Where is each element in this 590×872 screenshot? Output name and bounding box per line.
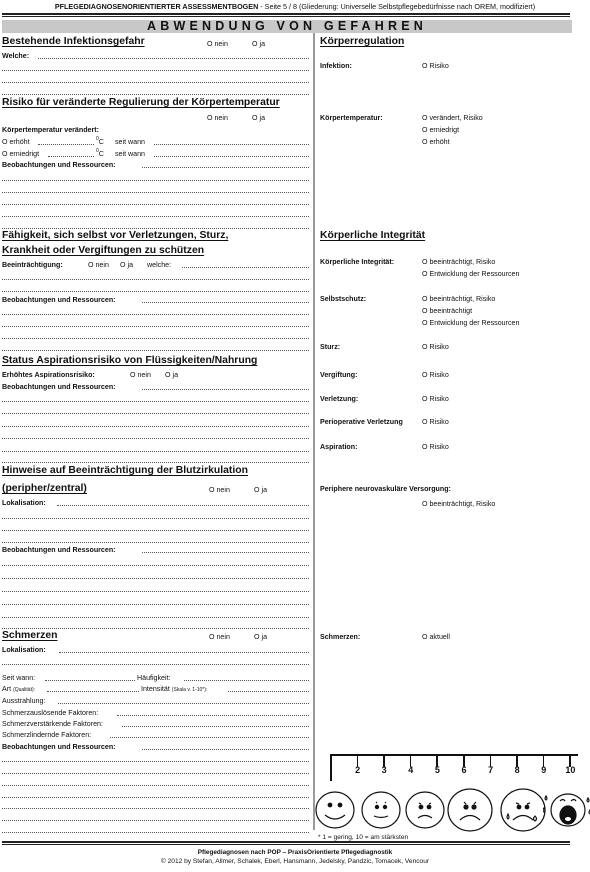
footer-line-1: Pflegediagnosen nach POP – PraxisOrienti… [0,849,590,856]
input-line[interactable] [2,204,309,205]
input-line[interactable] [2,591,309,592]
input-line[interactable] [2,82,309,83]
document-title: PFLEGEDIAGNOSENORIENTIERTER ASSESSMENTBO… [55,2,258,11]
option-risiko[interactable]: O Risiko [422,62,449,70]
option-erhoeht[interactable]: O erhöht [422,138,450,146]
label-impairment: Beeinträchtigung: [2,261,63,269]
input-line[interactable] [38,144,94,145]
input-line[interactable] [48,156,94,157]
input-line[interactable] [2,530,309,531]
option-beeintraechtigt-risiko[interactable]: O beeinträchtigt, Risiko [422,295,495,303]
label-intensity: Intensität (Skala v. 1-10*): [141,685,207,693]
input-line[interactable] [2,832,309,833]
option-entwicklung-ressourcen[interactable]: O Entwicklung der Ressourcen [422,319,519,327]
input-line[interactable] [2,216,309,217]
input-line[interactable] [2,820,309,821]
label-selbstschutz: Selbstschutz: [320,295,366,303]
option-beeintraechtigt[interactable]: O beeinträchtigt [422,307,472,315]
label-observations: Beobachtungen und Ressourcen: [2,296,116,304]
label-intensifying: Schmerzverstärkende Faktoren: [2,720,103,728]
section-title-integritaet: Körperliche Integrität [320,230,425,241]
option-erhoeht[interactable]: O erhöht [2,138,30,146]
section-title-aspiration: Status Aspirationsrisiko von Flüssigkeit… [2,355,257,366]
input-line[interactable] [228,691,309,692]
label-since: seit wann [115,138,145,146]
label-localisation: Lokalisation: [2,499,46,507]
input-line[interactable] [142,302,309,303]
input-line[interactable] [2,438,309,439]
input-line[interactable] [47,691,139,692]
label-verletzung: Verletzung: [320,395,358,403]
option-entwicklung-ressourcen[interactable]: O Entwicklung der Ressourcen [422,270,519,278]
option-ja[interactable]: O ja [120,261,133,269]
label-observations: Beobachtungen und Ressourcen: [2,383,116,391]
label-temp-changed: Körpertemperatur verändert: [2,126,99,134]
input-line[interactable] [2,542,309,543]
input-line[interactable] [2,578,309,579]
input-line[interactable] [2,338,309,339]
option-ja[interactable]: O ja [252,40,265,48]
section-title-verletzung-1: Fähigkeit, sich selbst vor Verletzungen,… [2,230,228,241]
input-line[interactable] [58,703,309,704]
label-frequency: Häufigkeit: [137,674,171,682]
option-nein[interactable]: O nein [207,40,228,48]
input-line[interactable] [2,664,309,665]
option-erniedrigt[interactable]: O erniedrigt [422,126,459,134]
input-line[interactable] [2,797,309,798]
option-risiko[interactable]: O Risiko [422,371,449,379]
label-triggering: Schmerzauslösende Faktoren: [2,709,98,717]
input-line[interactable] [2,350,309,351]
option-nein[interactable]: O nein [88,261,109,269]
pain-scale-label: 8 [515,765,520,775]
pain-scale-bar [330,754,578,756]
section-title-blut-1: Hinweise auf Beeinträchtigung der Blutzi… [2,465,248,476]
option-aktuell[interactable]: O aktuell [422,633,450,641]
input-line[interactable] [2,401,309,402]
label-observations: Beobachtungen und Ressourcen: [2,546,116,554]
label-perioperative-verletzung: Perioperative Verletzung [320,418,403,426]
banner-title: ABWENDUNG VON GEFAHREN [2,19,572,33]
document-subtitle: Seite 5 / 8 (Gliederung: Universelle Sel… [265,2,535,11]
option-ja[interactable]: O ja [254,486,267,494]
footer-rule [2,841,570,845]
option-beeintraechtigt-risiko[interactable]: O beeinträchtigt, Risiko [422,500,495,508]
input-line[interactable] [2,628,309,629]
option-risiko[interactable]: O Risiko [422,343,449,351]
pain-face-screaming-icon [543,790,590,830]
input-line[interactable] [2,314,309,315]
input-line[interactable] [2,785,309,786]
option-risiko[interactable]: O Risiko [422,395,449,403]
input-line[interactable] [117,715,309,716]
input-line[interactable] [2,604,309,605]
option-nein[interactable]: O nein [209,633,230,641]
option-ja[interactable]: O ja [254,633,267,641]
input-line[interactable] [184,680,309,681]
label-since: seit wann [115,150,145,158]
label-observations: Beobachtungen und Ressourcen: [2,743,116,751]
pain-face-frown-icon [440,785,500,835]
section-title-temperatur: Risiko für veränderte Regulierung der Kö… [2,97,280,108]
option-erniedrigt[interactable]: O erniedrigt [2,150,39,158]
section-title-koerperregulation: Körperregulation [320,36,404,47]
input-line[interactable] [2,761,309,762]
input-line[interactable] [182,267,309,268]
input-line[interactable] [154,144,309,145]
label-koerpertemperatur: Körpertemperatur: [320,114,383,122]
input-line[interactable] [45,680,135,681]
input-line[interactable] [38,58,309,59]
label-radiation: Ausstrahlung: [2,697,45,705]
input-line[interactable] [2,291,309,292]
input-line[interactable] [2,228,309,229]
label-since: Seit wann: [2,674,35,682]
label-relieving: Schmerzlindernde Faktoren: [2,731,91,739]
input-line[interactable] [2,192,309,193]
input-line[interactable] [2,70,309,71]
footer-line-2: © 2012 by Stefan, Allmer, Schalek, Eberl… [0,858,590,865]
input-line[interactable] [2,426,309,427]
option-veraendert-risiko[interactable]: O verändert, Risiko [422,114,483,122]
input-line[interactable] [110,737,309,738]
pain-scale-label: 5 [435,765,440,775]
input-line[interactable] [154,156,309,157]
input-line[interactable] [2,413,309,414]
input-line[interactable] [2,565,309,566]
section-title-schmerzen: Schmerzen [2,630,57,641]
option-risiko[interactable]: O Risiko [422,443,449,451]
header-rule [2,13,570,17]
input-line[interactable] [142,389,309,390]
pain-scale-label: 10 [565,765,575,775]
label-localisation: Lokalisation: [2,646,46,654]
input-line[interactable] [59,652,309,653]
input-line[interactable] [142,167,309,168]
label-observations: Beobachtungen und Ressourcen: [2,161,116,169]
pain-scale-label: 7 [488,765,493,775]
option-ja[interactable]: O ja [165,371,178,379]
option-risiko[interactable]: O Risiko [422,418,449,426]
pain-scale-label: 3 [382,765,387,775]
input-line[interactable] [2,279,309,280]
option-nein[interactable]: O nein [130,371,151,379]
pain-scale-tick [330,754,332,781]
option-nein[interactable]: O nein [207,114,228,122]
unit-celsius: 0C [96,136,104,146]
label-schmerzen: Schmerzen: [320,633,360,641]
input-line[interactable] [2,808,309,809]
label-vergiftung: Vergiftung: [320,371,357,379]
pain-scale: 2345678910 * 1 = gering, 10 = am stärkst… [318,750,580,842]
input-line[interactable] [2,518,309,519]
input-line[interactable] [2,773,309,774]
input-line[interactable] [57,505,309,506]
label-welche: Welche: [2,52,29,60]
input-line[interactable] [2,451,309,452]
input-line[interactable] [122,726,309,727]
input-line[interactable] [2,462,309,463]
option-nein[interactable]: O nein [209,486,230,494]
input-line[interactable] [142,749,309,750]
column-divider [313,33,315,830]
label-koerperliche-integritaet: Körperliche Integrität: [320,258,394,266]
label-aspiration: Aspiration: [320,443,357,451]
label-periphere-versorgung: Periphere neurovaskuläre Versorgung: [320,485,451,493]
label-infektion: Infektion: [320,62,352,70]
pain-scale-label: 6 [461,765,466,775]
input-line[interactable] [2,94,309,95]
input-line[interactable] [2,617,309,618]
label-which: welche: [147,261,171,269]
label-aspiration-risk: Erhöhtes Aspirationsrisiko: [2,371,95,379]
pain-scale-label: 4 [408,765,413,775]
document-header: PFLEGEDIAGNOSENORIENTIERTER ASSESSMENTBO… [0,2,590,11]
pain-scale-footnote: * 1 = gering, 10 = am stärksten [318,834,408,841]
option-beeintraechtigt-risiko[interactable]: O beeinträchtigt, Risiko [422,258,495,266]
label-sturz: Sturz: [320,343,340,351]
option-ja[interactable]: O ja [252,114,265,122]
input-line[interactable] [2,326,309,327]
pain-scale-label: 9 [541,765,546,775]
unit-celsius: 0C [96,148,104,158]
section-title-blut-2: (peripher/zentral) [2,483,87,494]
label-type: Art (Qualität): [2,685,35,693]
input-line[interactable] [2,180,309,181]
section-title-infektion: Bestehende Infektionsgefahr [2,36,145,47]
pain-scale-label: 2 [355,765,360,775]
section-title-verletzung-2: Krankheit oder Vergiftungen zu schützen [2,245,204,256]
input-line[interactable] [142,552,309,553]
